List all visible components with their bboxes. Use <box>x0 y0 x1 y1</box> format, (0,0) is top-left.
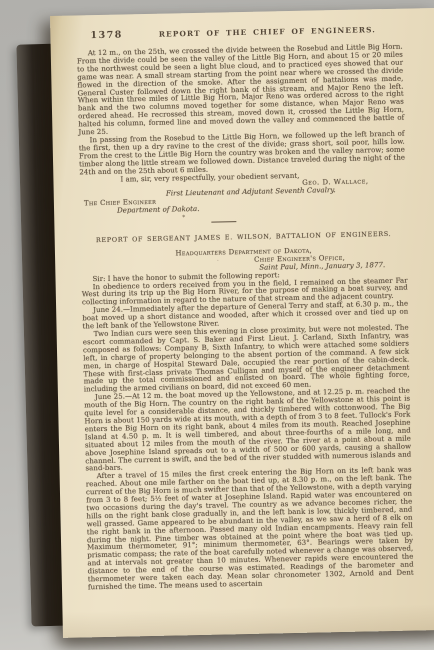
para: June 25.—At 12 m. the boat moved up the … <box>84 388 412 474</box>
ink-speck: * <box>182 215 185 221</box>
page-body: At 12 m., on the 25th, we crossed the di… <box>77 44 414 593</box>
ink-speck: . <box>217 257 219 263</box>
book-page: 1378 REPORT OF THE CHIEF OF ENGINEERS. A… <box>50 8 434 638</box>
para: After a travel of 15 miles the first cre… <box>86 467 414 592</box>
running-header: REPORT OF THE CHIEF OF ENGINEERS. <box>150 25 402 39</box>
running-header-row: 1378 REPORT OF THE CHIEF OF ENGINEERS. <box>76 24 402 42</box>
page-content: 1378 REPORT OF THE CHIEF OF ENGINEERS. A… <box>50 8 434 593</box>
section-heading: REPORT OF SERGEANT JAMES E. WILSON, BATT… <box>81 231 407 246</box>
para: Two Indian curs were seen this evening i… <box>83 325 410 395</box>
para: In passing from the Rosebud to the Littl… <box>79 131 406 177</box>
page-number: 1378 <box>76 29 150 42</box>
para: At 12 m., on the 25th, we crossed the di… <box>77 44 405 138</box>
scan-photo: 1378 REPORT OF THE CHIEF OF ENGINEERS. A… <box>0 0 434 650</box>
